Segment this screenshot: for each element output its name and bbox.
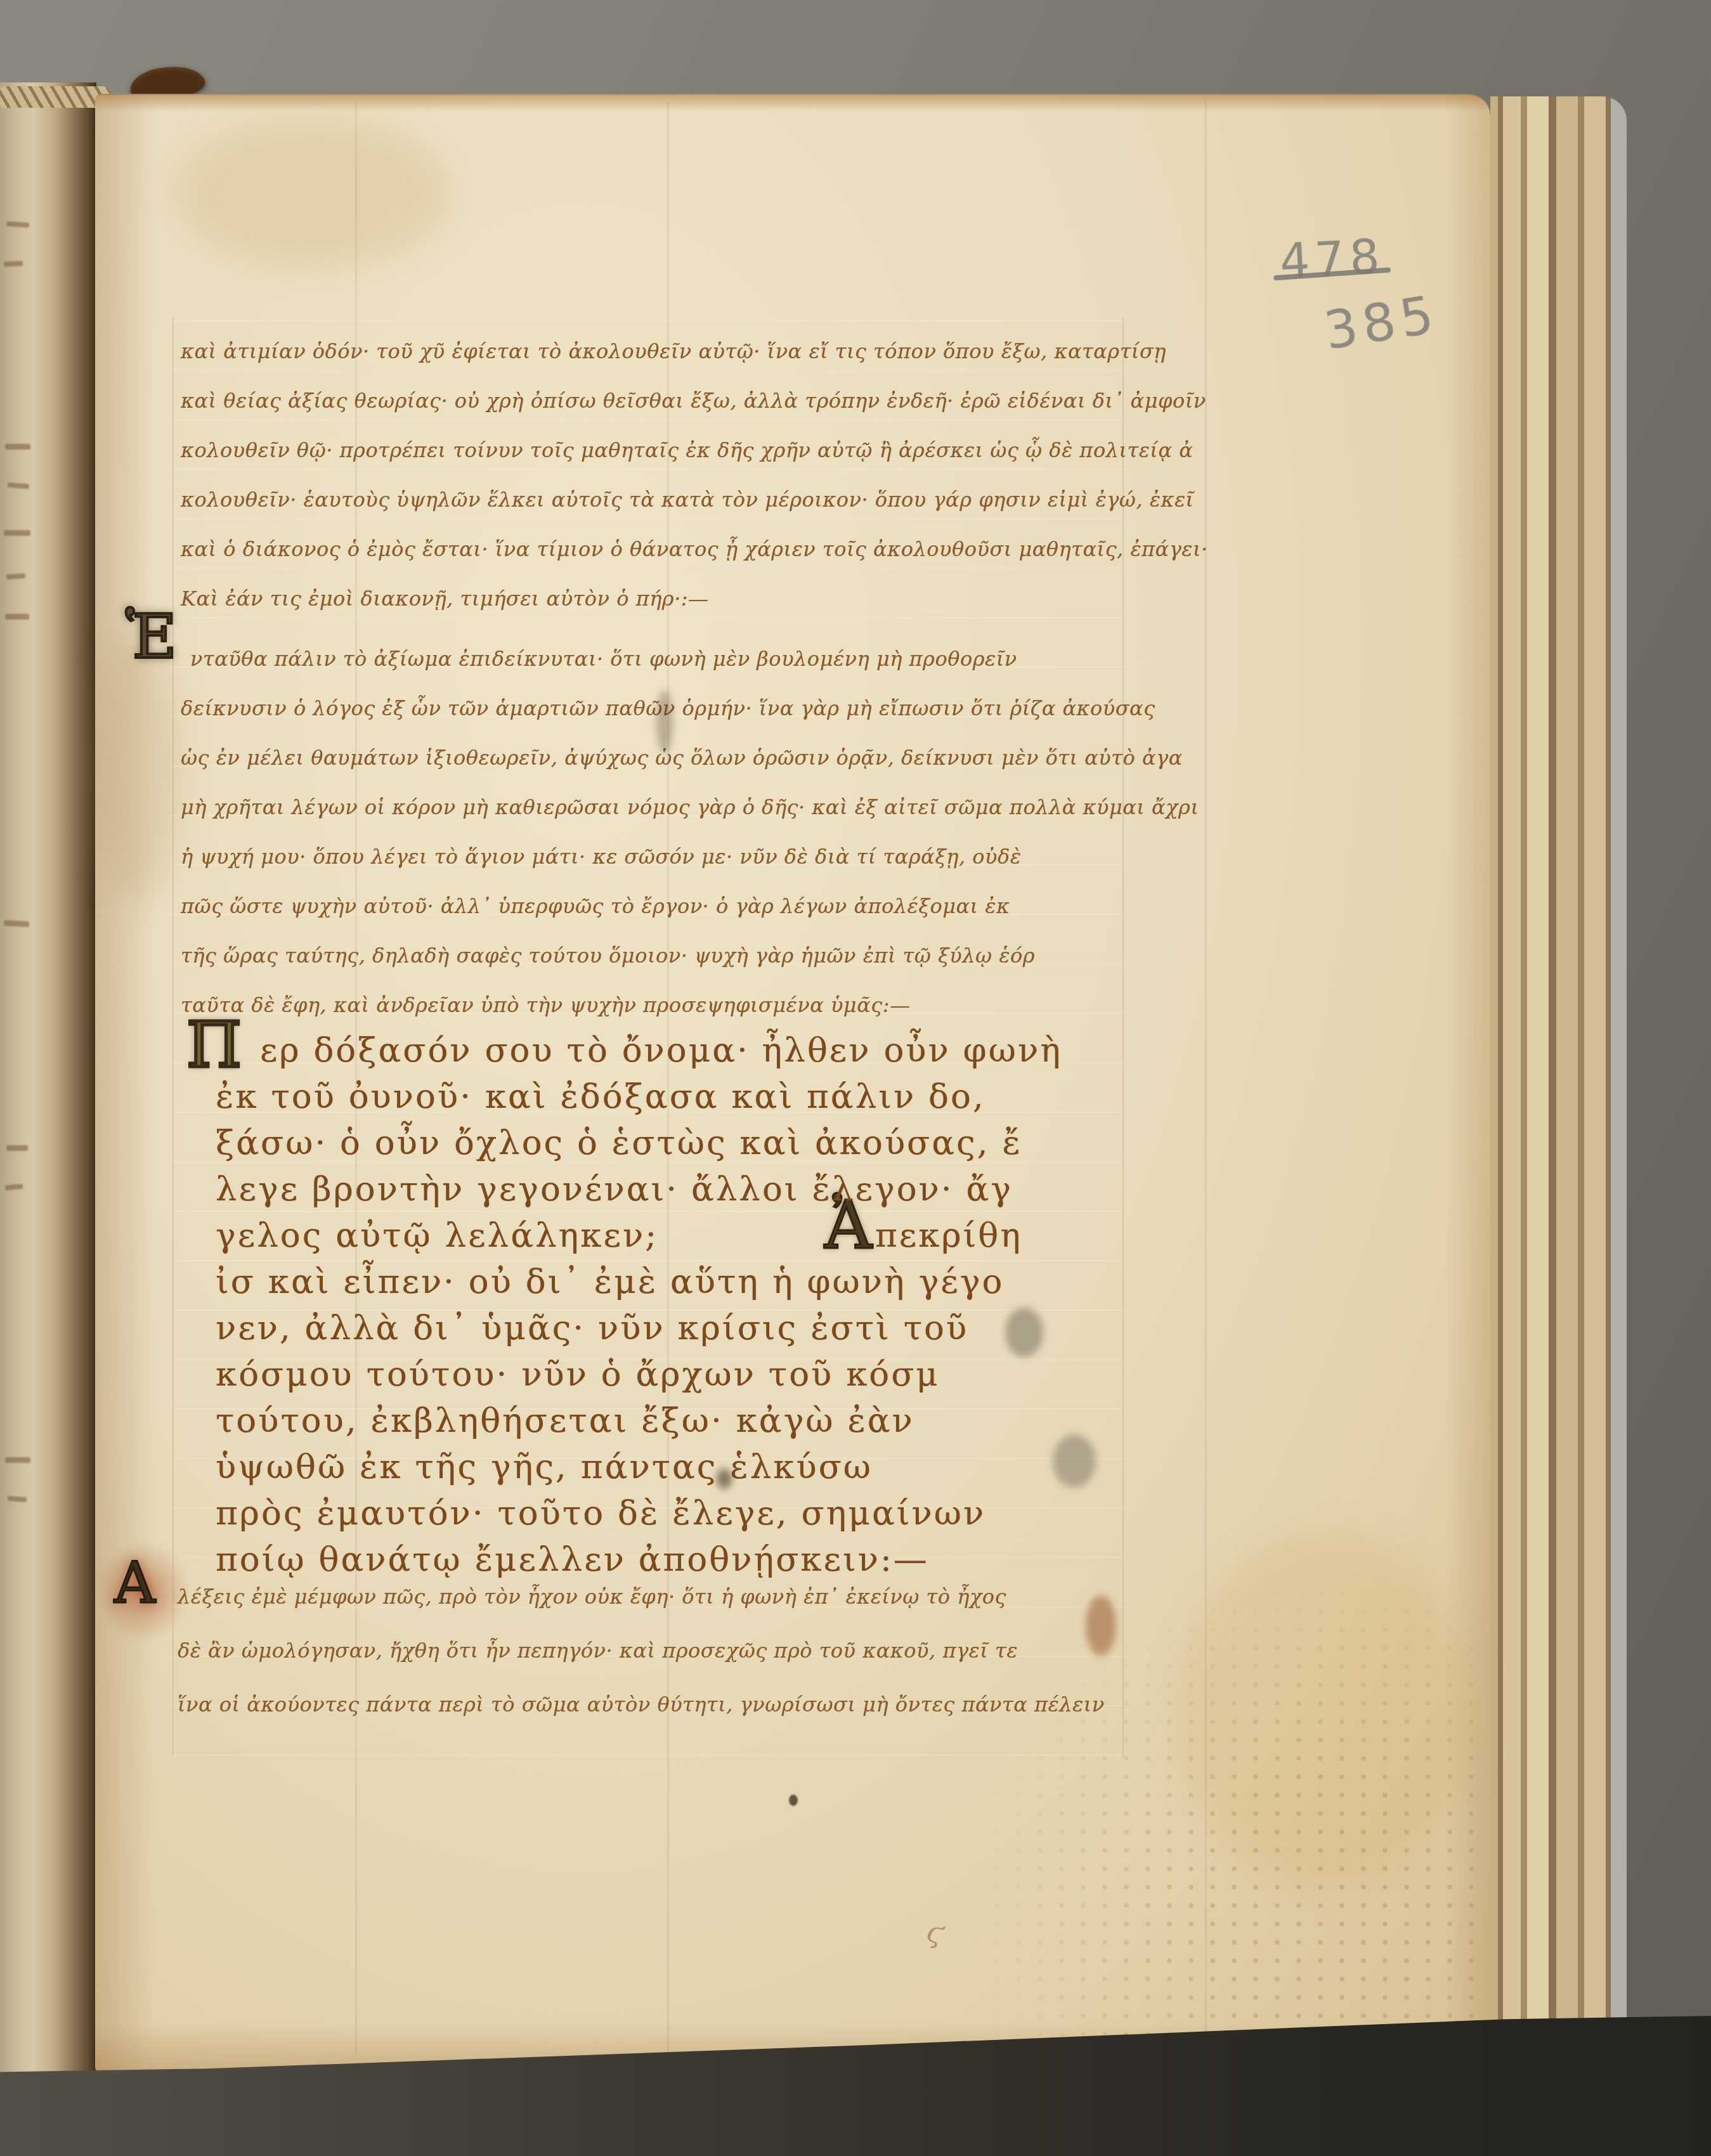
showthrough-mark: [5, 1457, 30, 1463]
showthrough-mark: [4, 530, 30, 536]
gutter-binding: [0, 82, 96, 2074]
commentary-line: ἡ ψυχή μου· ὅπου λέγει τὸ ἅγιον μάτι· κε…: [181, 832, 1199, 881]
commentary-line: ὡς ἐν μέλει θαυμάτων ἱξιοθεωρεῖν, ἀψύχως…: [181, 733, 1199, 783]
commentary-line: δὲ ἂν ὡμολόγησαν, ἤχθη ὅτι ἦν πεπηγόν· κ…: [178, 1624, 1105, 1678]
ink-fleck: [789, 1795, 798, 1806]
lemma-line-right: πεκρίθη: [875, 1212, 1022, 1259]
lemma-line: τούτου, ἐκβληθήσεται ἔξω· κἀγὼ ἐὰν: [216, 1398, 1062, 1444]
showthrough-mark: [5, 444, 30, 450]
commentary-line: καὶ θείας ἀξίας θεωρίας· οὐ χρὴ ὀπίσω θε…: [181, 376, 1208, 425]
commentary-line: νταῦθα πάλιν τὸ ἀξίωμα ἐπιδείκνυται· ὅτι…: [190, 634, 1199, 684]
lemma-line: ὑψωθῶ ἐκ τῆς γῆς, πάντας ἑλκύσω: [216, 1444, 1062, 1490]
book-photo: 478 385 καὶ ἀτιμίαν ὁδόν· τοῦ χῦ ἐφίεται…: [0, 0, 1711, 2156]
lemma-line: ἐκ τοῦ ὀυνοῦ· καὶ ἐδόξασα καὶ πάλιν δο,: [216, 1074, 1062, 1120]
parchment-stain: [95, 634, 178, 900]
showthrough-mark: [4, 261, 23, 267]
commentary-line: πῶς ὥστε ψυχὴν αὐτοῦ· ἀλλ᾽ ὑπερφυῶς τὸ ἔ…: [181, 881, 1199, 931]
lemma-line: κόσμου τούτου· νῦν ὁ ἄρχων τοῦ κόσμ: [216, 1351, 1062, 1398]
showthrough-mark: [5, 614, 29, 620]
grey-smudge: [1005, 1308, 1043, 1357]
commentary-block-c: λέξεις ἐμὲ μέμφων πῶς, πρὸ τὸν ἦχον οὐκ …: [178, 1570, 1105, 1732]
commentary-line: τῆς ὥρας ταύτης, δηλαδὴ σαφὲς τούτου ὅμο…: [181, 931, 1199, 980]
commentary-line: δείκνυσιν ὁ λόγος ἐξ ὧν τῶν ἁμαρτιῶν παθ…: [181, 684, 1199, 733]
commentary-line: κολουθεῖν θῷ· προτρέπει τοίνυν τοῖς μαθη…: [181, 425, 1208, 475]
lemma-line: λεγε βροντὴν γεγονέναι· ἄλλοι ἔλεγον· ἄγ: [216, 1166, 1062, 1212]
rust-blot: [1086, 1595, 1116, 1656]
commentary-line: λέξεις ἐμὲ μέμφων πῶς, πρὸ τὸν ἦχον οὐκ …: [178, 1570, 1105, 1624]
commentary-line: καὶ ἀτιμίαν ὁδόν· τοῦ χῦ ἐφίεται τὸ ἀκολ…: [181, 327, 1208, 376]
text-frame-line: [172, 317, 174, 1757]
lemma-line: νεν, ἀλλὰ δι᾽ ὑμᾶς· νῦν κρίσις ἐστὶ τοῦ: [216, 1305, 1062, 1351]
lemma-line: ερ δόξασόν σου τὸ ὄνομα· ἦλθεν οὖν φωνὴ: [216, 1027, 1062, 1074]
headband-braid-icon: [0, 86, 111, 108]
pencil-folio-crossed-out: 478: [1278, 230, 1386, 290]
page-edge-stack: [1490, 96, 1627, 2038]
lemma-line: γελος αὐτῷ λελάληκεν; πεκρίθη: [216, 1212, 1062, 1259]
lemma-line-left: γελος αὐτῷ λελάληκεν;: [216, 1216, 658, 1255]
ink-spot: [717, 1469, 732, 1489]
ink-smudge: [656, 690, 673, 753]
lemma-line: ξάσω· ὁ οὖν ὄχλος ὁ ἑστὼς καὶ ἀκούσας, ἔ: [216, 1120, 1062, 1166]
commentary-block-a: καὶ ἀτιμίαν ὁδόν· τοῦ χῦ ἐφίεται τὸ ἀκολ…: [181, 327, 1208, 623]
commentary-initial-alpha: Α: [114, 1555, 155, 1612]
commentary-initial-epsilon: Ἑ: [126, 606, 177, 667]
commentary-block-b: νταῦθα πάλιν τὸ ἀξίωμα ἐπιδείκνυται· ὅτι…: [190, 634, 1199, 1030]
grey-smudge: [1053, 1434, 1096, 1488]
commentary-line: μὴ χρῆται λέγων οἱ κόρον μὴ καθιερῶσαι ν…: [181, 783, 1199, 832]
lemma-line: πρὸς ἐμαυτόν· τοῦτο δὲ ἔλεγε, σημαίνων: [216, 1490, 1062, 1536]
lemma-line: ἰσ καὶ εἶπεν· οὐ δι᾽ ἐμὲ αὕτη ἡ φωνὴ γέγ…: [216, 1259, 1062, 1305]
commentary-line: Καὶ ἐάν τις ἐμοὶ διακονῇ, τιμήσει αὐτὸν …: [181, 574, 1208, 623]
commentary-line: ἵνα οἱ ἀκούοντες πάντα περὶ τὸ σῶμα αὐτὸ…: [178, 1678, 1105, 1732]
commentary-line: ταῦτα δὲ ἔφη, καὶ ἀνδρεῖαν ὑπὸ τὴν ψυχὴν…: [181, 980, 1199, 1030]
showthrough-mark: [6, 1145, 28, 1151]
commentary-line: κολουθεῖν· ἑαυτοὺς ὑψηλῶν ἕλκει αὐτοῖς τ…: [181, 475, 1208, 524]
commentary-line: καὶ ὁ διάκονος ὁ ἐμὸς ἔσται· ἵνα τίμιον …: [181, 524, 1208, 574]
parchment-stain: [178, 120, 450, 266]
lemma-block: ερ δόξασόν σου τὸ ὄνομα· ἦλθεν οὖν φωνὴ …: [216, 1027, 1062, 1583]
